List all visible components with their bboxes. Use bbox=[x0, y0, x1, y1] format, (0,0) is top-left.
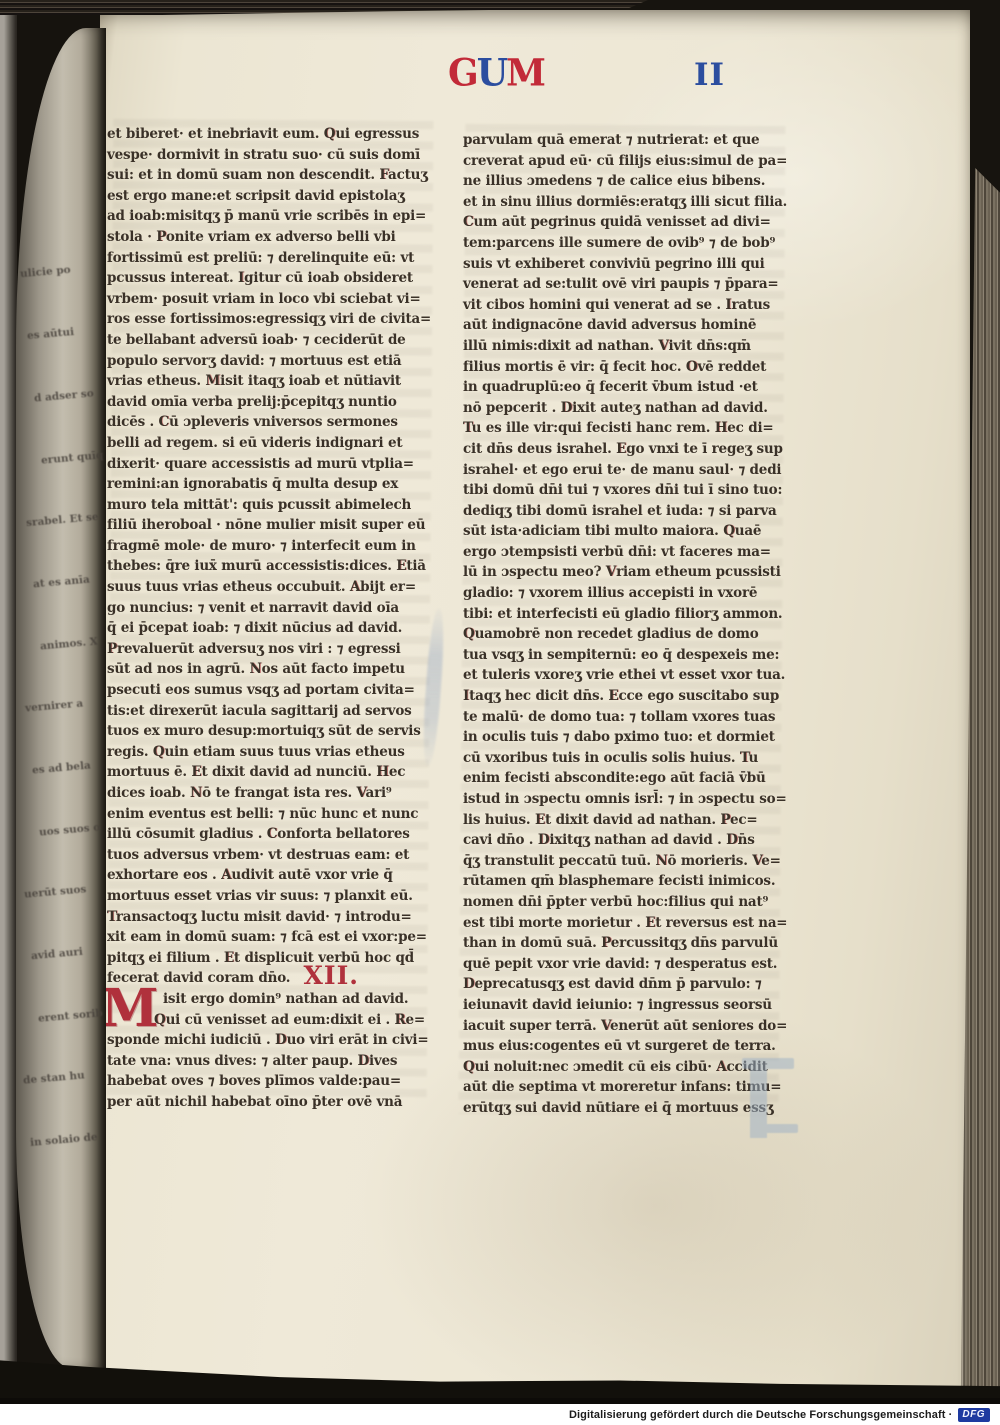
running-title-letter: U bbox=[477, 51, 506, 95]
text-line: enim eventus est belli: ⁊ nūc hunc et nu… bbox=[107, 804, 431, 825]
text-line: thebes: q̄re iux̄ murū accessistis:dices… bbox=[107, 556, 431, 577]
bleed-through-initial bbox=[742, 1052, 832, 1144]
text-line: than in domū suā. Percussitqʒ dn̄s parvu… bbox=[463, 933, 787, 954]
text-line: tem:parcens ille sumere de ovib⁹ ⁊ de bo… bbox=[463, 233, 787, 254]
text-line: tibi domū dn̄i tui ⁊ vxores dn̄i tui ī s… bbox=[463, 480, 787, 501]
text-line: remini:an ignorabatis q̄ multa desup ex bbox=[107, 474, 431, 495]
text-column-right: parvulam quā emerat ⁊ nutrierat: et quec… bbox=[463, 130, 787, 1119]
text-line: q̄ʒ transtulit peccatū tuū. Nō morieris.… bbox=[463, 851, 787, 872]
text-line: venerat ad se:tulit ovē viri paupis ⁊ p̄… bbox=[463, 274, 787, 295]
text-line: ne illius ɔmedens ⁊ de calice eius biben… bbox=[463, 171, 787, 192]
gutter-text-fragment: erunt quīq bbox=[41, 449, 104, 466]
text-line: istud in ɔspectu omnis isrl̄: ⁊ in ɔspec… bbox=[463, 789, 787, 810]
footer-credit: Digitalisierung gefördert durch die Deut… bbox=[569, 1409, 952, 1421]
text-line: Quamobrē non recedet gladius de domo bbox=[463, 624, 787, 645]
gutter-text-fragment: ulicie po bbox=[20, 264, 72, 280]
text-line: gladio: ⁊ vxorem illius accepisti in vxo… bbox=[463, 583, 787, 604]
text-line: cit dn̄s deus israhel. Ego vnxi te ī reg… bbox=[463, 439, 787, 460]
text-line: lū in ɔspectu meo? Vriam etheum pcussist… bbox=[463, 562, 787, 583]
text-line: per aūt nichil habebat oīno p̄ter ovē vn… bbox=[107, 1092, 431, 1113]
text-line: tuos adversus vrbem· vt destruas eam: et bbox=[107, 845, 431, 866]
text-line: ros esse fortissimos:egressiqʒ viri de c… bbox=[107, 309, 428, 330]
text-line: pitqʒ ei filium . Et displicuit verbū ho… bbox=[107, 948, 431, 969]
text-line: sui: et in domū suam non descendit. Fact… bbox=[107, 165, 431, 186]
text-line: Itaqʒ hec dicit dn̄s. Ecce ego suscitabo… bbox=[463, 686, 787, 707]
text-line: tuos ex muro desup:mortuiqʒ sūt de servi… bbox=[107, 721, 431, 742]
text-line: et in sinu illius dormiēs:eratqʒ illi si… bbox=[463, 192, 782, 213]
text-line: vit cibos homini qui venerat ad se . Ira… bbox=[463, 295, 787, 316]
running-title-letter: G bbox=[448, 51, 477, 95]
text-line: aūt indignacōne david adversus hominē bbox=[463, 315, 787, 336]
text-line: in oculis tuis ⁊ dabo pximo tuo: et dorm… bbox=[463, 727, 787, 748]
text-line: Cum aūt pegrinus quidā venisset ad divi= bbox=[463, 212, 787, 233]
gutter-text-fragment: erent sorib bbox=[38, 1007, 104, 1025]
text-line: illū nimis:dixit ad nathan. Vivit dn̄s:q… bbox=[463, 336, 787, 357]
text-line: suis vt exhiberet conviviū pegrino illi … bbox=[463, 254, 787, 275]
gutter-text-fragment: es aūtui bbox=[27, 326, 75, 342]
text-line: q̄ ei p̄cepat ioab: ⁊ dixit nūcius ad da… bbox=[107, 618, 431, 639]
dfg-logo: DFG bbox=[958, 1408, 990, 1422]
text-line: mus eius:cogentes eū vt surgeret de terr… bbox=[463, 1036, 787, 1057]
text-line: lis huius. Et dixit david ad nathan. Pec… bbox=[463, 810, 787, 831]
text-line: belli ad regem. si eū videris indignari … bbox=[107, 433, 431, 454]
gutter-text-fragment: vernirer a bbox=[25, 697, 84, 714]
text-line: populo servorʒ david: ⁊ mortuus est etiā bbox=[107, 351, 431, 372]
text-line: illū cōsumit gladius . Conforta bellator… bbox=[107, 824, 431, 845]
text-line: est tibi morte morietur . Et reversus es… bbox=[463, 913, 784, 934]
text-line: te malū· de domo tua: ⁊ tollam vxores tu… bbox=[463, 707, 787, 728]
gutter-text-fragment: es ad bela bbox=[32, 759, 92, 776]
text-line: go nuncius: ⁊ venit et narravit david oī… bbox=[107, 598, 431, 619]
gutter-text-fragment: srabel. Et se bbox=[26, 511, 99, 529]
chapter-initial: M bbox=[101, 988, 159, 1032]
text-line: ergo ɔtempsisti verbū dn̄i: vt faceres m… bbox=[463, 542, 787, 563]
text-line: david omīa verba prelij:p̄cepitqʒ nuntio bbox=[107, 392, 431, 413]
text-line: fragmē mole· de muro· ⁊ interfecit eum i… bbox=[107, 536, 431, 557]
gutter-text-fragment: de stan hu bbox=[23, 1069, 86, 1086]
text-line: iacuit super terrā. Venerūt aūt seniores… bbox=[463, 1016, 786, 1037]
text-line: regis. Quin etiam suus tuus vrias etheus bbox=[107, 742, 431, 763]
text-line: cū vxoribus tuis in oculis solis huius. … bbox=[463, 748, 787, 769]
text-line: in quadruplū:eo q̄ fecerit v̄bum istud ·… bbox=[463, 377, 787, 398]
text-line: ad ioab:misitqʒ p̄ manū vrie scribēs in … bbox=[107, 206, 431, 227]
scan-cradle-edge bbox=[0, 0, 17, 1425]
text-line: tate vna: vnus dives: ⁊ alter paup. Dive… bbox=[107, 1051, 431, 1072]
gutter-text-fragment: in solaio de bbox=[30, 1131, 98, 1149]
digitization-footer: Digitalisierung gefördert durch die Deut… bbox=[0, 1404, 1000, 1425]
text-line: pcussus intereat. Igitur cū ioab obsider… bbox=[107, 268, 431, 289]
bleed-shape bbox=[762, 1124, 798, 1133]
text-line: nomen dn̄i p̄pter verbū hoc:filius qui n… bbox=[463, 892, 787, 913]
running-title-letter: M bbox=[506, 51, 544, 95]
text-line: exhortare eos . Audivit autē vxor vrie q… bbox=[107, 865, 431, 886]
text-line: enim fecisti abscondite:ego aūt faciā v̄… bbox=[463, 768, 787, 789]
text-line: stola · Ponite vriam ex adverso belli vb… bbox=[107, 227, 431, 248]
text-line: erūtqʒ sui david nūtiare ei q̄ mortuus e… bbox=[463, 1098, 787, 1119]
text-line: Deprecatusqʒ est david dn̄m p̄ parvulo: … bbox=[463, 974, 787, 995]
text-line: mortuus esset vrias vir suus: ⁊ planxit … bbox=[107, 886, 431, 907]
text-line: tis:et direxerūt iacula sagittarij ad se… bbox=[107, 701, 431, 722]
text-line: israhel· et ego erui te· de manu saul· ⁊… bbox=[463, 460, 787, 481]
book-numeral: II bbox=[694, 57, 725, 93]
gutter-text-fragment: at es anīa bbox=[33, 574, 91, 591]
text-line: psecuti eos sumus vsqʒ ad portam civita= bbox=[107, 680, 431, 701]
text-line: mortuus ē. Et dixit david ad nunciū. Hec bbox=[107, 762, 431, 783]
text-line: sūt ad nos in agrū. Nos aūt facto impetu bbox=[107, 659, 431, 680]
text-line: vrbem· posuit vriam in loco vbi sciebat … bbox=[107, 289, 431, 310]
text-line: fortissimū est preliū: ⁊ derelinquite eū… bbox=[107, 248, 431, 269]
text-line: muro tela mittāt': quis pcussit abimelec… bbox=[107, 495, 431, 516]
text-line: rūtamen qm̄ blasphemare fecisti inimicos… bbox=[463, 871, 787, 892]
text-line: nō pepcerit . Dixit auteʒ nathan ad davi… bbox=[463, 398, 787, 419]
text-line: filius mortis ē vir: q̄ fecit hoc. Ovē r… bbox=[463, 357, 787, 378]
chapter-numeral: XII. bbox=[304, 966, 360, 989]
text-line: ieiunavit david ieiunio: ⁊ ingressus seo… bbox=[463, 995, 787, 1016]
text-line: dixerit· quare accessistis ad murū vtpli… bbox=[107, 454, 431, 475]
parchment-page: GUM II M et biberet· et inebriavit eum. … bbox=[96, 10, 970, 1400]
text-line: vrias etheus. Misit itaqʒ ioab et nūtiav… bbox=[107, 371, 431, 392]
text-line: creverat apud eū· cū filijs eius:simul d… bbox=[463, 151, 787, 172]
facing-page-curve: ulicie poes aūtuid adser soerunt quīqsra… bbox=[16, 28, 106, 1368]
text-line: sūt ista·adiciam tibi multo maiora. Quaē bbox=[463, 521, 787, 542]
text-line: est ergo mane:et scripsit david epistola… bbox=[107, 186, 431, 207]
gutter-text-fragment: uerūt suos bbox=[24, 883, 87, 900]
text-line: habebat oves ⁊ boves plīmos valde:pau= bbox=[107, 1071, 431, 1092]
text-line: filiū iheroboal · nōne mulier misit supe… bbox=[107, 515, 431, 536]
text-line: suus tuus vrias etheus occubuit. Abijt e… bbox=[107, 577, 431, 598]
text-line: cavi dn̄o . Dixitqʒ nathan ad david . Dn… bbox=[463, 830, 787, 851]
text-line: Prevaluerūt adversuʒ nos viri : ⁊ egress… bbox=[107, 639, 431, 660]
text-line: Qui noluit:nec ɔmedit cū eis cibū· Accid… bbox=[463, 1057, 787, 1078]
text-line: te bellabant adversū ioab· ⁊ ceciderūt d… bbox=[107, 330, 431, 351]
text-line: tibi: et interfecisti eū gladio filiorʒ … bbox=[463, 604, 787, 625]
manuscript-scan: GUM II M et biberet· et inebriavit eum. … bbox=[0, 0, 1000, 1425]
gutter-text-fragment: d adser so bbox=[34, 387, 95, 404]
text-line: parvulam quā emerat ⁊ nutrierat: et que bbox=[463, 130, 787, 151]
text-line: tua vsqʒ in sempiternū: eo q̄ despexeis … bbox=[463, 645, 787, 666]
running-title: GUM bbox=[396, 52, 596, 94]
text-line: Tu es ille vir:qui fecisti hanc rem. Hec… bbox=[463, 418, 787, 439]
text-line: Transactoqʒ luctu misit david· ⁊ introdu… bbox=[107, 907, 431, 928]
gutter-text-fragment: uos suos o bbox=[39, 821, 101, 838]
text-line: vespe· dormivit in stratu suo· cū suis d… bbox=[107, 145, 431, 166]
text-line: xit eam in domū suam: ⁊ fcā est ei vxor:… bbox=[107, 927, 431, 948]
text-line: et tuleris vxoreʒ vrie ethei vt esset vx… bbox=[463, 665, 787, 686]
text-line: dices ioab. Nō te frangat ista res. Vari… bbox=[107, 783, 431, 804]
text-line: et biberet· et inebriavit eum. Qui egres… bbox=[107, 124, 431, 145]
text-line: dediqʒ tibi domū israhel et iuda: ⁊ si p… bbox=[463, 501, 787, 522]
text-line: aūt die septima vt moreretur infans: tim… bbox=[463, 1077, 787, 1098]
gutter-text-fragment: avid auri bbox=[31, 946, 84, 962]
text-line: quē pepit vxor vrie david: ⁊ desperatus … bbox=[463, 954, 787, 975]
text-column-left: M et biberet· et inebriavit eum. Qui egr… bbox=[107, 124, 431, 1113]
text-line: dicēs . Cū ɔpleveris vniversos sermones bbox=[107, 412, 431, 433]
gutter-text-fragment: animos. X bbox=[40, 635, 99, 652]
